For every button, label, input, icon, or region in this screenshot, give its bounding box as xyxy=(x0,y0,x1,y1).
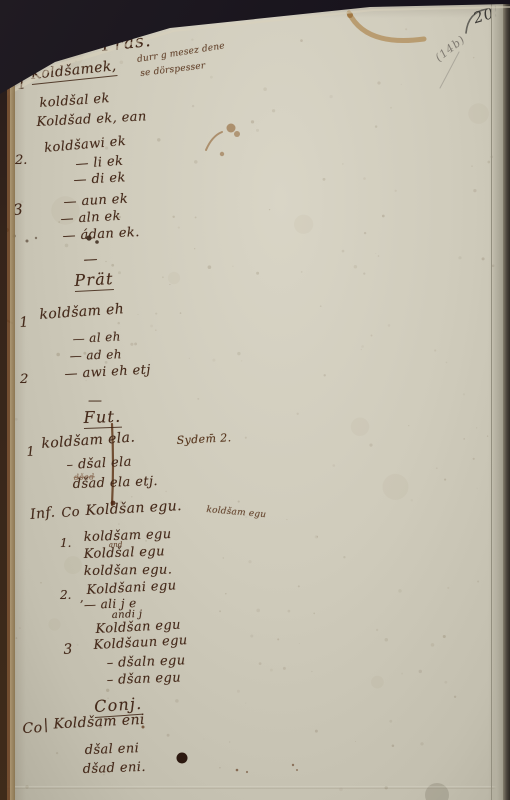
ink-speck xyxy=(246,771,248,773)
paper-speck xyxy=(150,325,153,328)
paper-speck xyxy=(237,690,240,693)
paper-speck xyxy=(342,163,343,164)
paper-speck xyxy=(371,335,373,337)
word-form: koldšam eh xyxy=(39,301,125,323)
paper-speck xyxy=(19,627,21,629)
paper-mottle xyxy=(383,474,409,500)
stain-spot xyxy=(234,131,240,137)
paper-speck xyxy=(297,413,299,415)
paper-speck xyxy=(219,610,221,612)
paper-speck xyxy=(175,699,179,703)
paper-speck xyxy=(256,272,259,275)
paper-speck xyxy=(329,95,332,98)
paper-speck xyxy=(364,232,366,234)
word-form: dšal eni xyxy=(84,741,139,758)
paper-speck xyxy=(324,374,326,376)
paper-speck xyxy=(401,84,402,85)
word-form: — al eh xyxy=(72,329,121,346)
paper-speck xyxy=(317,536,318,537)
paper-speck xyxy=(408,425,409,426)
stain-spot xyxy=(220,152,224,156)
paper-mottle xyxy=(64,556,82,574)
word-form: — aun ek xyxy=(63,192,128,210)
paper-speck xyxy=(195,216,197,218)
paper-speck xyxy=(398,589,402,593)
item-number: 1. xyxy=(60,536,71,550)
paper-speck xyxy=(298,585,300,587)
paper-speck xyxy=(169,284,170,285)
paper-speck xyxy=(106,689,109,692)
paper-speck xyxy=(390,107,392,109)
paper-speck xyxy=(178,227,180,229)
paper-speck xyxy=(376,629,378,631)
word-form: — aln ek xyxy=(60,209,121,227)
item-number: 2. xyxy=(60,588,71,602)
word-form: – dšal ela xyxy=(66,455,132,473)
word-form: dšad ela etj. xyxy=(72,474,158,492)
paper-speck xyxy=(225,593,226,594)
paper-speck xyxy=(189,358,190,359)
paper-speck xyxy=(238,501,240,503)
item-number: 1 xyxy=(26,444,35,460)
title-inf: Inf. xyxy=(29,504,56,523)
paper-speck xyxy=(130,343,133,346)
paper-speck xyxy=(245,437,247,439)
paper-mottle xyxy=(371,676,384,689)
word-form: koldšawi ek xyxy=(44,134,127,156)
paper-speck xyxy=(401,673,403,675)
paper-speck xyxy=(229,741,230,742)
paper-speck xyxy=(487,161,490,164)
paper-speck xyxy=(473,458,475,460)
paper-speck xyxy=(487,435,488,436)
title-praet: Prät xyxy=(74,269,114,292)
paper-speck xyxy=(436,467,438,469)
paper-speck xyxy=(405,28,407,30)
separator-dash: — xyxy=(83,251,98,268)
paper-speck xyxy=(165,491,167,493)
paper-speck xyxy=(369,444,372,447)
paper-speck xyxy=(300,39,303,42)
paper-speck xyxy=(389,720,392,723)
paper-speck xyxy=(15,418,18,421)
item-number: 2 xyxy=(20,372,28,387)
word-form: dšad eni. xyxy=(82,760,146,777)
gloss-note: koldšam egu xyxy=(206,505,267,520)
paper-speck xyxy=(458,256,461,259)
paper-speck xyxy=(120,61,124,65)
paper-speck xyxy=(454,696,456,698)
paper-speck xyxy=(313,613,315,615)
paper-speck xyxy=(286,519,287,520)
page-edge-right xyxy=(491,0,503,800)
paper-speck xyxy=(56,353,60,357)
paper-speck xyxy=(155,313,157,315)
paper-speck xyxy=(272,109,275,112)
paper-speck xyxy=(223,557,224,558)
paper-speck xyxy=(137,314,138,315)
margin-speck xyxy=(26,240,29,243)
paper-speck xyxy=(434,349,436,351)
paper-speck xyxy=(131,496,132,497)
paper-speck xyxy=(477,580,479,582)
manuscript-photo: 205 (14b) Präs.1Koldšamek,durr g mesez d… xyxy=(0,0,510,800)
paper-speck xyxy=(354,265,358,269)
paper-speck xyxy=(363,177,366,180)
paper-crease xyxy=(0,786,510,789)
paper-speck xyxy=(250,634,253,637)
ink-speck xyxy=(292,764,294,766)
paper-speck xyxy=(65,244,69,248)
word-form: koldšam egu xyxy=(83,527,171,545)
paper-speck xyxy=(388,324,391,327)
paper-speck xyxy=(385,638,389,642)
paper-speck xyxy=(375,253,376,254)
paper-speck xyxy=(167,734,170,737)
gloss-note: Sydem̄ 2. xyxy=(176,431,232,447)
word-form: – dšaln egu xyxy=(106,653,185,671)
abbrev: Co xyxy=(22,720,43,737)
paper-speck xyxy=(241,360,243,362)
paper-speck xyxy=(361,345,364,348)
paper-speck xyxy=(194,160,198,164)
paper-speck xyxy=(392,745,395,748)
word-form: koldšam ela. xyxy=(41,429,136,452)
paper-speck xyxy=(210,76,213,79)
paper-speck xyxy=(315,535,318,538)
paper-speck xyxy=(476,427,477,428)
paper-speck xyxy=(77,644,79,646)
paper-speck xyxy=(444,681,447,684)
paper-speck xyxy=(473,57,474,58)
ink-speck xyxy=(296,769,298,771)
paper-speck xyxy=(463,438,465,440)
paper-speck xyxy=(180,312,182,314)
word-form: — di ek xyxy=(73,170,126,188)
ink-speck xyxy=(236,769,239,772)
paper-speck xyxy=(263,87,267,91)
paper-mottle xyxy=(294,215,313,234)
manuscript-page: 205 (14b) Präs.1Koldšamek,durr g mesez d… xyxy=(0,0,510,800)
paper-speck xyxy=(219,767,221,769)
paper-speck xyxy=(443,635,446,638)
word-form: — ad eh xyxy=(70,347,123,363)
paper-speck xyxy=(323,178,326,181)
abbrev: Co xyxy=(61,505,81,521)
paper-mottle xyxy=(468,103,489,124)
paper-mottle xyxy=(168,272,180,284)
title-fut: Fut. xyxy=(83,407,121,429)
paper-speck xyxy=(361,349,362,350)
paper-speck xyxy=(444,479,446,481)
paper-speck xyxy=(378,255,380,257)
word-form: Koldšal egu xyxy=(83,544,165,562)
stain-spot xyxy=(227,124,236,133)
paper-speck xyxy=(157,138,160,141)
paper-speck xyxy=(117,322,120,325)
paper-speck xyxy=(471,165,472,166)
paper-speck xyxy=(301,271,303,273)
paper-speck xyxy=(111,264,114,267)
paper-speck xyxy=(382,215,385,218)
word-form: koldšal ek xyxy=(39,91,110,111)
paper-speck xyxy=(311,671,312,672)
paper-speck xyxy=(16,637,18,639)
paper-speck xyxy=(343,556,345,558)
paper-speck xyxy=(256,609,260,613)
word-form: – dšan egu xyxy=(106,670,181,688)
paper-speck xyxy=(447,587,449,589)
stain-curl xyxy=(206,132,222,150)
ink-smear-top xyxy=(349,13,424,41)
paper-speck xyxy=(473,189,476,192)
paper-speck xyxy=(477,488,478,489)
photo-edge-right xyxy=(503,0,510,800)
word-form: Koldšan egu. xyxy=(85,498,182,519)
paper-speck xyxy=(197,398,199,400)
paper-speck xyxy=(288,610,291,613)
paper-speck xyxy=(191,38,193,40)
paper-speck xyxy=(194,248,195,249)
paper-speck xyxy=(463,393,465,395)
item-number: 3 xyxy=(63,641,73,658)
paper-speck xyxy=(155,329,157,331)
word-form: koldšan egu. xyxy=(84,562,173,579)
paper-speck xyxy=(315,730,318,733)
paper-speck xyxy=(355,741,356,742)
paper-speck xyxy=(251,120,254,123)
margin-speck xyxy=(35,237,37,239)
paper-speck xyxy=(56,752,58,754)
paper-speck xyxy=(419,670,422,673)
paper-speck xyxy=(375,125,377,127)
paper-speck xyxy=(482,257,485,260)
paper-speck xyxy=(446,362,448,364)
paper-speck xyxy=(377,81,380,84)
paper-speck xyxy=(363,273,365,275)
paper-speck xyxy=(237,352,240,355)
paper-speck xyxy=(118,523,120,525)
item-number: 2. xyxy=(15,153,27,168)
paper-speck xyxy=(40,582,42,584)
paper-speck xyxy=(192,105,194,107)
paper-speck xyxy=(245,703,246,704)
paper-speck xyxy=(411,499,413,501)
ink-blot xyxy=(177,753,188,764)
paper-speck xyxy=(342,250,345,253)
paper-speck xyxy=(212,359,215,362)
gloss-note: se dörspesser xyxy=(140,61,206,79)
word-form: — li ek xyxy=(75,154,124,172)
paper-speck xyxy=(105,261,106,262)
paper-speck xyxy=(270,669,273,672)
paper-speck xyxy=(299,643,300,644)
paper-speck xyxy=(420,742,423,745)
paper-speck xyxy=(431,643,435,647)
book-binding xyxy=(0,0,7,800)
paper-speck xyxy=(208,265,212,269)
paper-speck xyxy=(172,216,174,218)
paper-speck xyxy=(332,464,335,467)
word-form: — awi eh etj xyxy=(64,363,151,382)
paper-mottle xyxy=(48,618,60,630)
paper-mottle xyxy=(351,418,369,436)
paper-speck xyxy=(232,265,234,267)
word-form: Koldšad ek, ean xyxy=(36,109,147,130)
page-edge-left xyxy=(10,0,15,800)
paper-speck xyxy=(162,276,164,278)
paper-speck xyxy=(134,342,137,345)
item-number: 1 xyxy=(19,314,29,331)
paper-speck xyxy=(259,662,262,665)
paper-speck xyxy=(203,738,204,739)
paper-speck xyxy=(320,305,322,307)
pencil-annotation: (14b) xyxy=(433,33,468,65)
word-form: | Koldšam eni xyxy=(43,712,145,733)
paper-speck xyxy=(248,560,251,563)
paper-speck xyxy=(395,190,397,192)
word-form: — ádan ek. xyxy=(62,225,140,244)
paper-speck xyxy=(118,271,121,274)
paper-speck xyxy=(283,667,286,670)
paper-speck xyxy=(256,129,259,132)
paper-speck xyxy=(277,638,279,640)
paper-speck xyxy=(269,209,270,210)
word-form: Koldšani egu xyxy=(86,578,177,598)
